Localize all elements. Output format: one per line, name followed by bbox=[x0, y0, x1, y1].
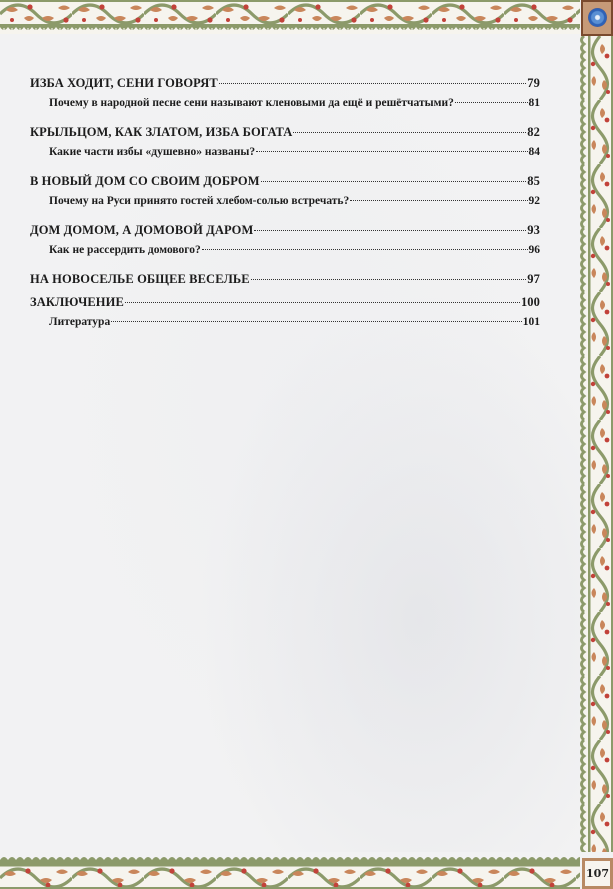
dot-leader bbox=[261, 181, 527, 182]
page-number-box: 107 bbox=[582, 858, 613, 889]
flower-medallion-icon bbox=[588, 8, 607, 27]
toc-entry-title: Какие части избы «душевно» названы? bbox=[49, 146, 255, 158]
toc-entry-chapter[interactable]: ЗАКЛЮЧЕНИЕ 100 bbox=[30, 295, 540, 310]
ornament-border-top bbox=[0, 0, 580, 40]
dot-leader bbox=[125, 302, 520, 303]
dot-leader bbox=[293, 132, 526, 133]
toc-entry-page: 93 bbox=[527, 223, 540, 238]
toc-entry-chapter[interactable]: ДОМ ДОМОМ, А ДОМОВОЙ ДАРОМ 93 bbox=[30, 223, 540, 238]
toc-entry-page: 96 bbox=[529, 244, 541, 256]
toc-entry-chapter[interactable]: ИЗБА ХОДИТ, СЕНИ ГОВОРЯТ 79 bbox=[30, 76, 540, 91]
toc-entry-title: КРЫЛЬЦОМ, КАК ЗЛАТОМ, ИЗБА БОГАТА bbox=[30, 125, 292, 140]
dot-leader bbox=[254, 230, 526, 231]
toc-entry-title: ДОМ ДОМОМ, А ДОМОВОЙ ДАРОМ bbox=[30, 223, 253, 238]
toc-entry-title: Почему в народной песне сени называют кл… bbox=[49, 97, 454, 109]
toc-entry-title: Почему на Руси принято гостей хлебом-сол… bbox=[49, 195, 349, 207]
dot-leader bbox=[219, 83, 526, 84]
toc-entry-page: 79 bbox=[527, 76, 540, 91]
toc-entry-title: Как не рассердить домового? bbox=[49, 244, 201, 256]
table-of-contents: ИЗБА ХОДИТ, СЕНИ ГОВОРЯТ 79 Почему в нар… bbox=[30, 76, 540, 328]
dot-leader bbox=[455, 102, 528, 103]
dot-leader bbox=[350, 200, 527, 201]
toc-entry-page: 97 bbox=[527, 272, 540, 287]
dot-leader bbox=[256, 151, 527, 152]
toc-entry-chapter[interactable]: В НОВЫЙ ДОМ СО СВОИМ ДОБРОМ 85 bbox=[30, 174, 540, 189]
toc-entry-section[interactable]: Какие части избы «душевно» названы? 84 bbox=[30, 146, 540, 158]
toc-entry-section[interactable]: Литература 101 bbox=[30, 316, 540, 328]
toc-entry-page: 82 bbox=[527, 125, 540, 140]
dot-leader bbox=[202, 249, 528, 250]
toc-entry-section[interactable]: Почему на Руси принято гостей хлебом-сол… bbox=[30, 195, 540, 207]
toc-entry-page: 92 bbox=[529, 195, 541, 207]
toc-entry-page: 85 bbox=[527, 174, 540, 189]
toc-entry-title: В НОВЫЙ ДОМ СО СВОИМ ДОБРОМ bbox=[30, 174, 260, 189]
ornament-border-right bbox=[580, 36, 613, 852]
toc-entry-title: ЗАКЛЮЧЕНИЕ bbox=[30, 295, 124, 310]
toc-entry-page: 101 bbox=[523, 316, 540, 328]
dot-leader bbox=[251, 279, 527, 280]
toc-entry-section[interactable]: Как не рассердить домового? 96 bbox=[30, 244, 540, 256]
toc-entry-page: 100 bbox=[521, 295, 540, 310]
toc-entry-chapter[interactable]: КРЫЛЬЦОМ, КАК ЗЛАТОМ, ИЗБА БОГАТА 82 bbox=[30, 125, 540, 140]
page-number: 107 bbox=[586, 867, 609, 880]
toc-entry-title: Литература bbox=[49, 316, 110, 328]
ornament-border-bottom bbox=[0, 852, 580, 889]
toc-entry-title: НА НОВОСЕЛЬЕ ОБЩЕЕ ВЕСЕЛЬЕ bbox=[30, 272, 250, 287]
toc-entry-title: ИЗБА ХОДИТ, СЕНИ ГОВОРЯТ bbox=[30, 76, 218, 91]
toc-entry-page: 84 bbox=[529, 146, 541, 158]
toc-entry-page: 81 bbox=[529, 97, 541, 109]
toc-entry-section[interactable]: Почему в народной песне сени называют кл… bbox=[30, 97, 540, 109]
toc-entry-chapter[interactable]: НА НОВОСЕЛЬЕ ОБЩЕЕ ВЕСЕЛЬЕ 97 bbox=[30, 272, 540, 287]
dot-leader bbox=[111, 321, 522, 322]
corner-medallion bbox=[581, 0, 613, 36]
